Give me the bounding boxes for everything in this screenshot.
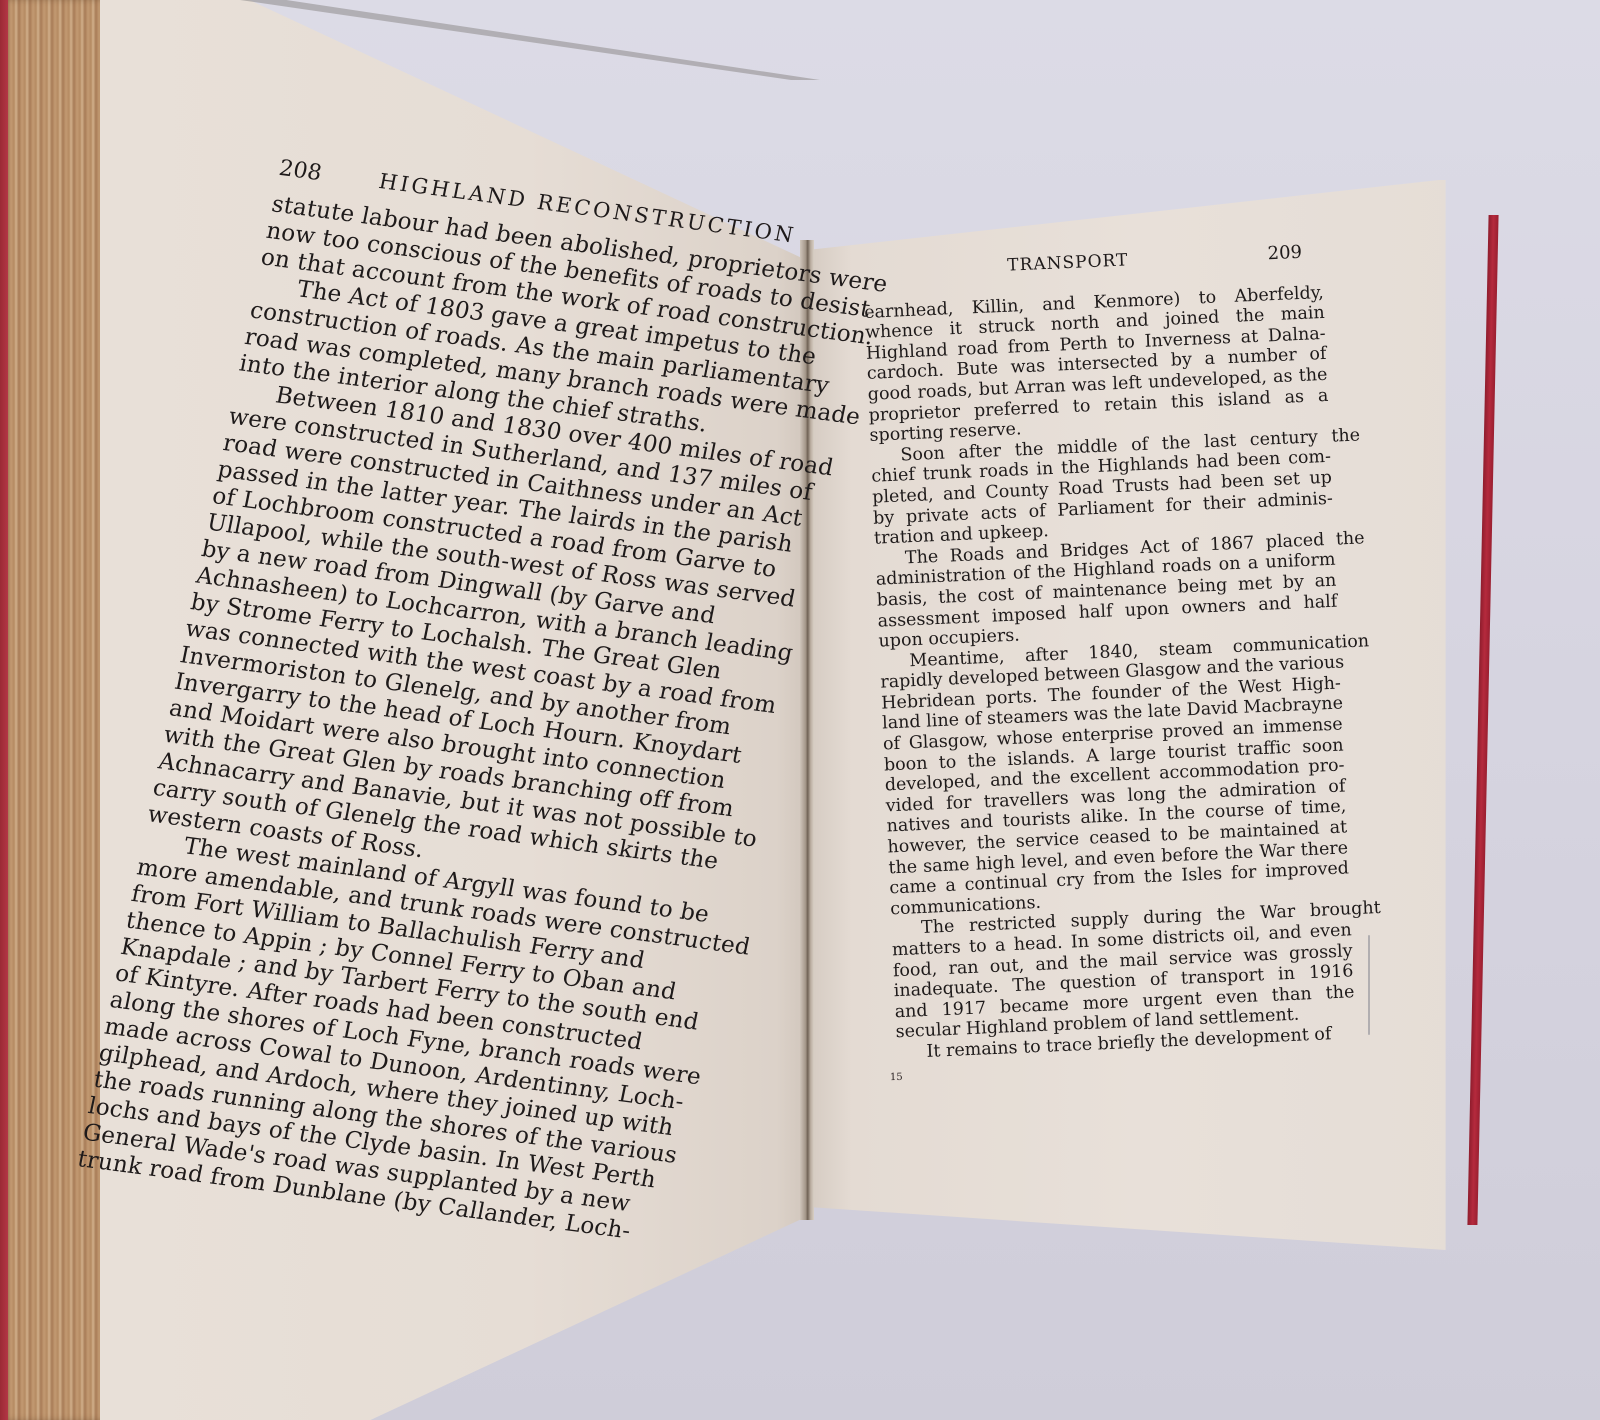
right-page-text: TRANSPORT 209 earnhead, Killin, and Kenm… [862, 241, 1387, 1064]
left-page-block-edges [8, 0, 108, 1420]
pencil-margin-mark [1368, 935, 1370, 1035]
page-number-left: 208 [277, 155, 325, 187]
open-book-photo: 208 HIGHLAND RECONSTRUCTION statute labo… [0, 0, 1600, 1420]
right-page-body: earnhead, Killin, and Kenmore) to Aberfe… [864, 281, 1387, 1064]
page-number-right: 209 [1267, 243, 1302, 265]
right-cover-edge [1467, 215, 1498, 1225]
running-title-right: TRANSPORT [1007, 250, 1129, 276]
signature-mark: 15 [890, 1072, 903, 1083]
